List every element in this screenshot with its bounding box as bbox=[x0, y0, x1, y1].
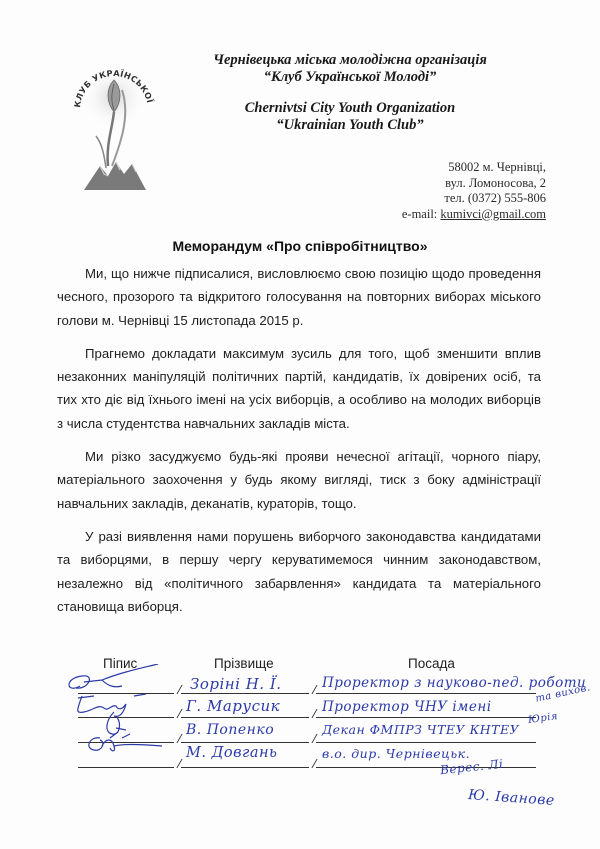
memo-paragraph: Ми, що нижче підписалися, висловлюємо св… bbox=[57, 262, 541, 332]
signer-surname: Зоріні Н. Ї. bbox=[190, 675, 282, 693]
memo-title: Меморандум «Про співробітництво» bbox=[0, 238, 600, 254]
address-city: 58002 м. Чернівці, bbox=[402, 160, 546, 176]
org-name-ua: Чернівецька міська молодіжна організація bbox=[210, 52, 490, 69]
org-club-en: “Ukrainian Youth Club” bbox=[210, 117, 490, 134]
memo-paragraph: Ми різко засуджуємо будь-які прояви нече… bbox=[57, 445, 541, 515]
signer-position: в.о. дир. Чернівецьк. bbox=[322, 746, 470, 761]
memo-paragraph: У разі виявлення нами порушень виборчого… bbox=[57, 525, 541, 618]
memo-paragraph: Прагнемо докладати максимум зусиль для т… bbox=[57, 342, 541, 435]
handwritten-note: Ю. Іванове bbox=[468, 787, 556, 809]
flower-mountains-logo-icon: КЛУБ УКРАЇНСЬКОЇ МОЛОДІ bbox=[66, 44, 162, 194]
signer-position: Декан ФМПРЗ ЧТЕУ КНТЕУ bbox=[322, 722, 519, 737]
memorandum-page: КЛУБ УКРАЇНСЬКОЇ МОЛОДІ Чернівецька місь… bbox=[0, 0, 600, 849]
address-block: 58002 м. Чернівці, вул. Ломоносова, 2 те… bbox=[402, 160, 546, 222]
address-phone: тел. (0372) 555-806 bbox=[402, 191, 546, 207]
club-logo: КЛУБ УКРАЇНСЬКОЇ МОЛОДІ bbox=[66, 44, 162, 194]
email-link[interactable]: kumivci@gmail.com bbox=[440, 207, 546, 221]
org-name-en: Chernivtsi City Youth Organization bbox=[210, 100, 490, 117]
signer-surname: Г. Марусик bbox=[186, 697, 280, 715]
surname-column-header: Прізвище bbox=[214, 656, 274, 671]
memo-body: Ми, що нижче підписалися, висловлюємо св… bbox=[57, 262, 541, 628]
signer-surname: В. Попенко bbox=[186, 722, 274, 738]
handwritten-signature-4 bbox=[72, 728, 172, 758]
org-club-ua: “Клуб Української Молоді” bbox=[210, 69, 490, 86]
email-label: e-mail: bbox=[402, 207, 441, 221]
address-email-row: e-mail: kumivci@gmail.com bbox=[402, 207, 546, 223]
position-column-header: Посада bbox=[408, 656, 455, 671]
organization-header: Чернівецька міська молодіжна організація… bbox=[210, 52, 490, 134]
signer-position: Проректор з науково-пед. роботи bbox=[322, 675, 586, 691]
signer-position: Проректор ЧНУ імені bbox=[322, 699, 492, 715]
address-street: вул. Ломоносова, 2 bbox=[402, 176, 546, 192]
signer-surname: М. Довгань bbox=[186, 745, 277, 761]
